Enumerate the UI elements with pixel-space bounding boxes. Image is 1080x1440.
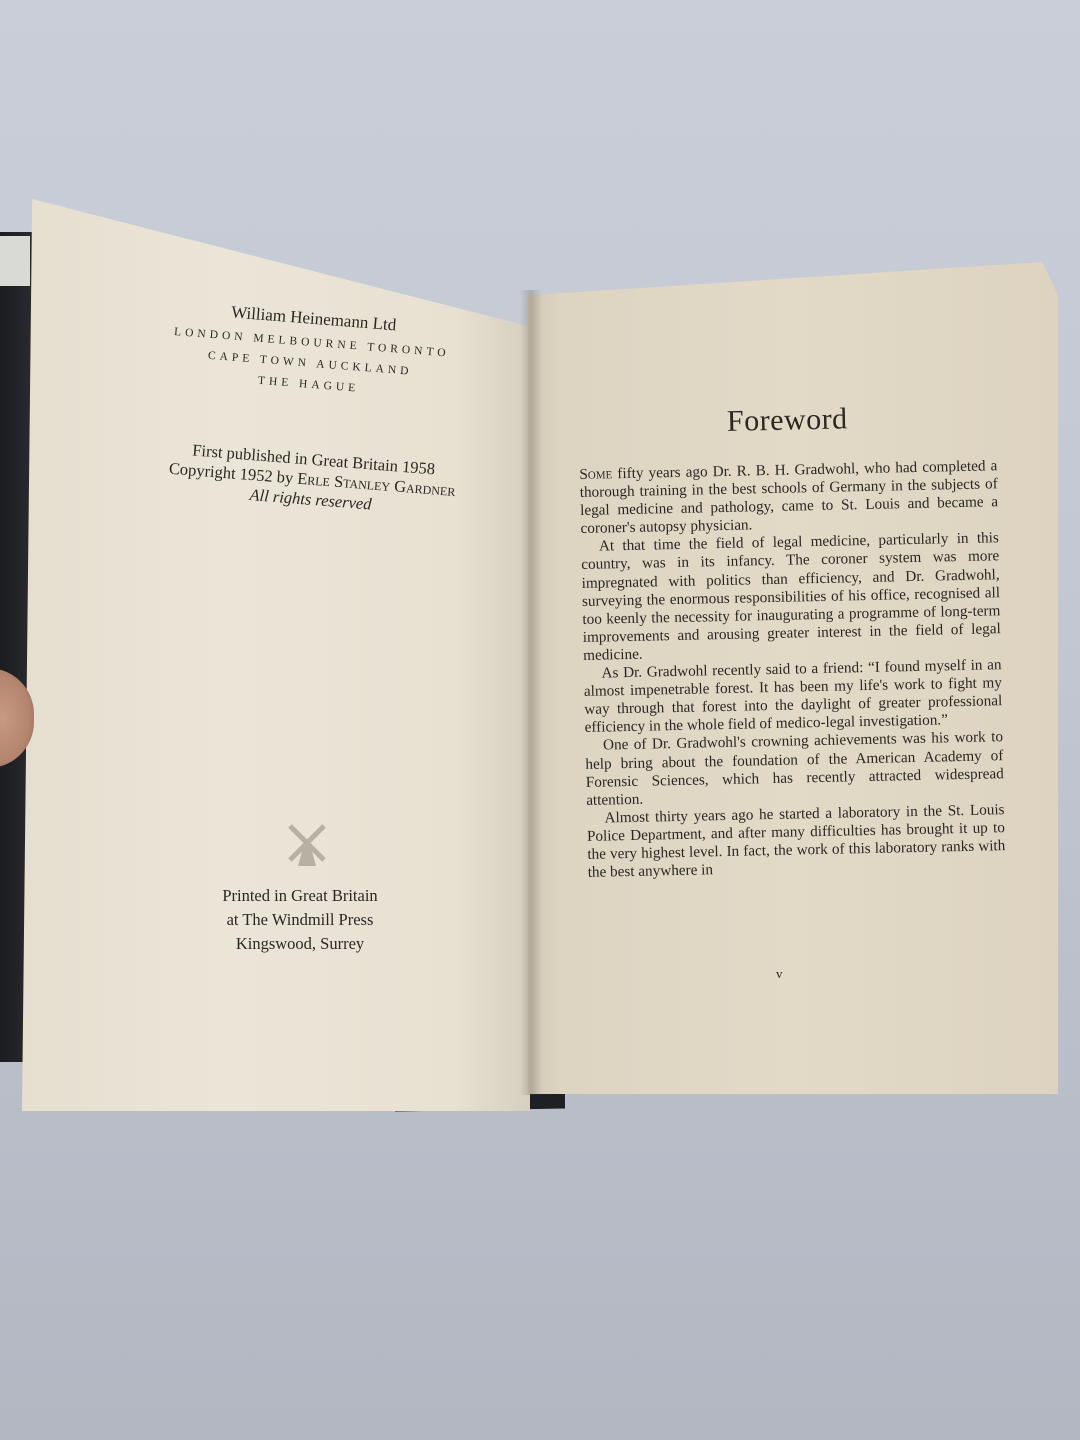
book-gutter [520,290,542,1095]
printer-line-2: at The Windmill Press [195,908,405,932]
windmill-icon [284,822,330,868]
foreword-paragraph-2: At that time the field of legal medicine… [581,530,1002,665]
foreword-paragraph-5: Almost thirty years ago he started a lab… [586,801,1005,882]
foreword-paragraph-3: As Dr. Gradwohl recently said to a frien… [583,656,1002,737]
printer-line-1: Printed in Great Britain [195,884,405,908]
foreword-paragraph-1: Some fifty years ago Dr. R. B. H. Gradwo… [579,457,998,538]
paragraph-lead: Some [579,465,612,483]
photo-scene: William Heinemann Ltd London Melbourne T… [0,0,1080,1440]
printer-block: Printed in Great Britain at The Windmill… [195,884,405,956]
foreword-paragraph-4: One of Dr. Gradwohl's crowning achieveme… [585,729,1004,810]
foreword-section: Foreword Some fifty years ago Dr. R. B. … [578,399,1006,882]
page-number: v [776,966,783,982]
cover-edge-strip [0,236,30,286]
printer-line-3: Kingswood, Surrey [195,932,405,956]
